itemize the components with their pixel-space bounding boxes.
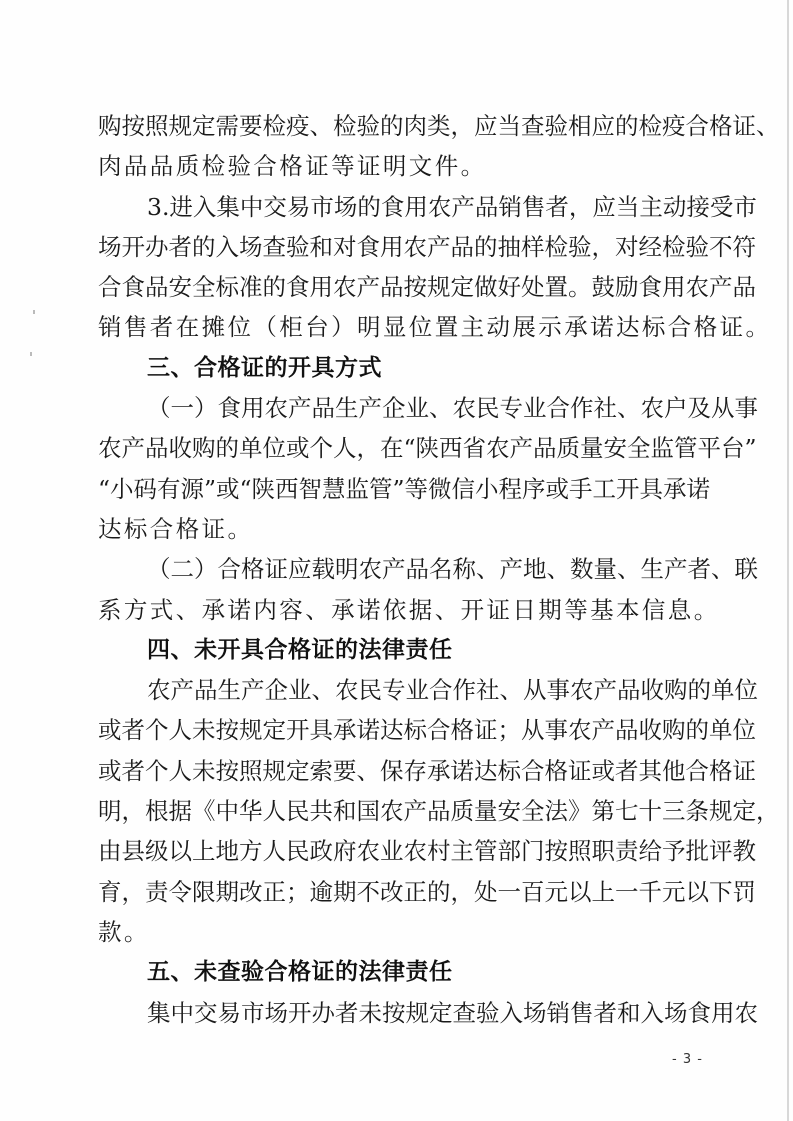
scan-speck <box>30 352 32 356</box>
body-line: 购按照规定需要检疫、检验的肉类，应当查验相应的检疫合格证、 <box>98 106 698 146</box>
body-line: 由县级以上地方人民政府农业农村主管部门按照职责给予批评教 <box>98 831 698 871</box>
section-heading-3: 三、合格证的开具方式 <box>98 348 698 388</box>
body-line: 销售者在摊位（柜台）明显位置主动展示承诺达标合格证。 <box>98 307 698 347</box>
paragraph-start: 3.进入集中交易市场的食用农产品销售者，应当主动接受市 <box>98 187 698 227</box>
body-line: 场开办者的入场查验和对食用农产品的抽样检验，对经检验不符 <box>98 227 698 267</box>
scan-speck <box>33 310 35 314</box>
body-line: 农产品收购的单位或个人，在“陕西省农产品质量安全监管平台” <box>98 428 698 468</box>
section-heading-5: 五、未查验合格证的法律责任 <box>98 952 698 992</box>
body-line: 肉品品质检验合格证等证明文件。 <box>98 146 698 186</box>
paragraph-start: 集中交易市场开办者未按规定查验入场销售者和入场食用农 <box>98 993 698 1033</box>
paragraph-start: （一）食用农产品生产企业、农民专业合作社、农户及从事 <box>98 388 698 428</box>
body-line: 合食品安全标准的食用农产品按规定做好处置。鼓励食用农产品 <box>98 267 698 307</box>
document-body: 购按照规定需要检疫、检验的肉类，应当查验相应的检疫合格证、 肉品品质检验合格证等… <box>98 106 698 1033</box>
body-line: 育，责令限期改正；逾期不改正的，处一百元以上一千元以下罚 <box>98 872 698 912</box>
body-line: “小码有源”或“陕西智慧监管”等微信小程序或手工开具承诺 <box>98 469 698 509</box>
body-line: 或者个人未按规定开具承诺达标合格证；从事农产品收购的单位 <box>98 710 698 750</box>
page-number: - 3 - <box>672 1052 703 1067</box>
body-line: 明，根据《中华人民共和国农产品质量安全法》第七十三条规定， <box>98 791 698 831</box>
body-line: 款。 <box>98 912 698 952</box>
paragraph-start: 农产品生产企业、农民专业合作社、从事农产品收购的单位 <box>98 670 698 710</box>
page-edge-shadow <box>787 0 789 1121</box>
body-line: 达标合格证。 <box>98 509 698 549</box>
section-heading-4: 四、未开具合格证的法律责任 <box>98 630 698 670</box>
body-line: 系方式、承诺内容、承诺依据、开证日期等基本信息。 <box>98 590 698 630</box>
paragraph-start: （二）合格证应载明农产品名称、产地、数量、生产者、联 <box>98 549 698 589</box>
document-page: 购按照规定需要检疫、检验的肉类，应当查验相应的检疫合格证、 肉品品质检验合格证等… <box>0 0 793 1121</box>
body-line: 或者个人未按照规定索要、保存承诺达标合格证或者其他合格证 <box>98 751 698 791</box>
